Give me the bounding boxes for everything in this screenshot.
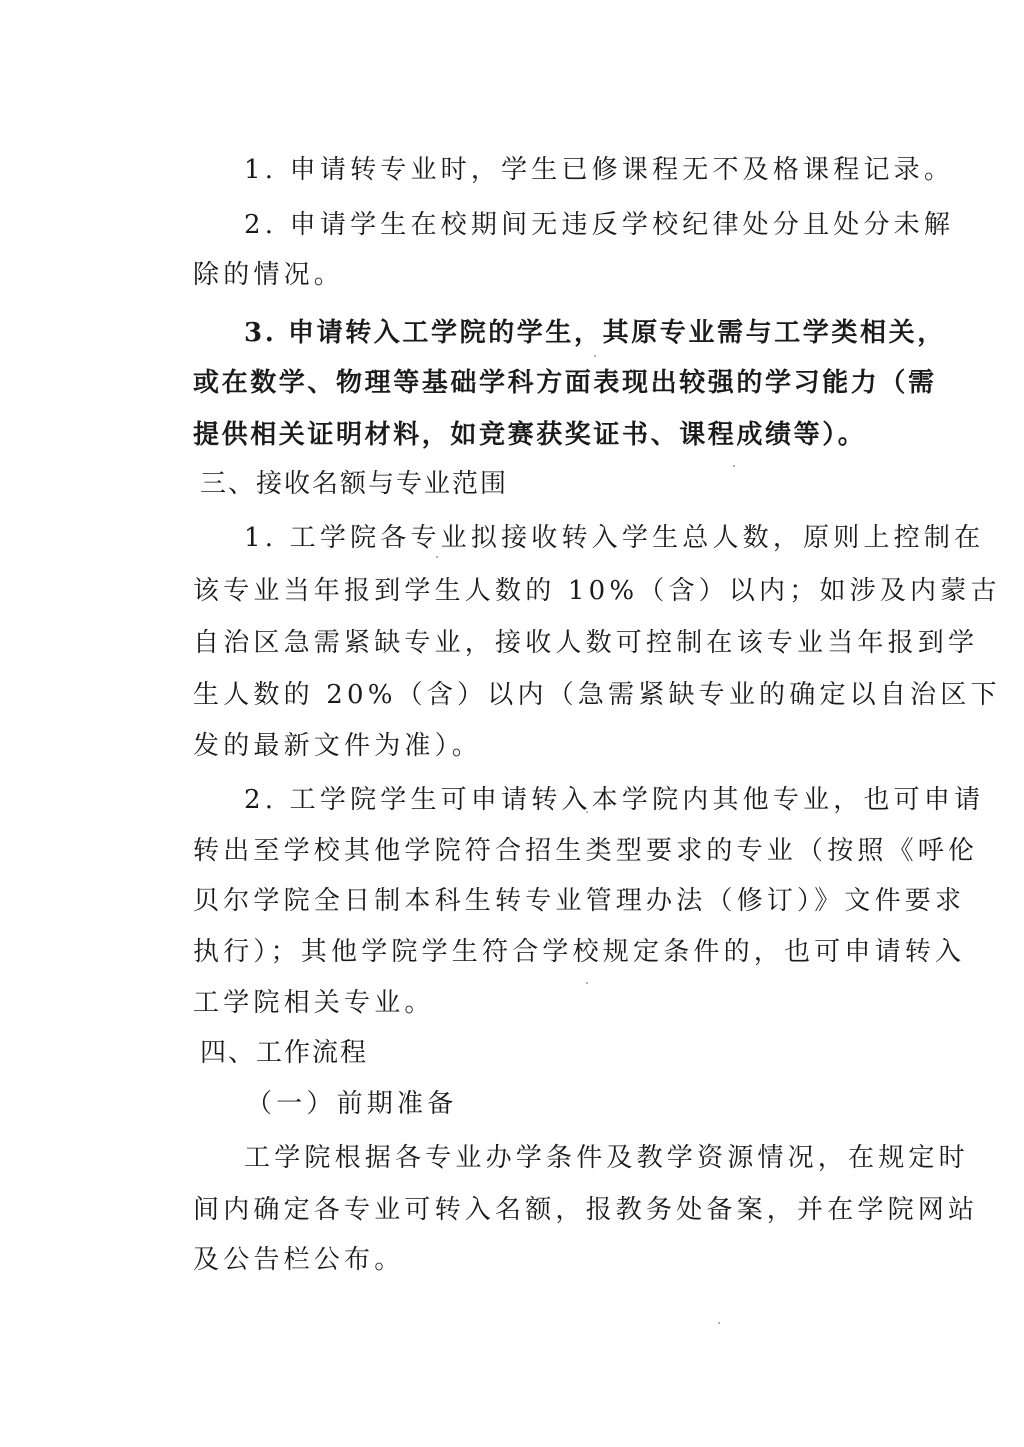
requirement-3-line-1: 3. 申请转入工学院的学生，其原专业需与工学类相关，	[244, 316, 884, 350]
quota-1-line-3: 自治区急需紧缺专业，接收人数可控制在该专业当年报到学	[193, 626, 883, 660]
scan-speck	[718, 1322, 720, 1324]
quota-2-line-3: 贝尔学院全日制本科生转专业管理办法（修订）》文件要求	[193, 884, 883, 918]
quota-2-line-1: 2. 工学院学生可申请转入本学院内其他专业，也可申请	[244, 783, 884, 817]
quota-2-line-2: 转出至学校其他学院符合招生类型要求的专业（按照《呼伦	[193, 834, 883, 868]
quota-1-line-5: 发的最新文件为准）。	[193, 729, 883, 763]
scan-speck	[436, 556, 438, 558]
section-4-body-line-3: 及公告栏公布。	[193, 1243, 883, 1277]
requirement-2-line-1: 2. 申请学生在校期间无违反学校纪律处分且处分未解	[244, 208, 884, 242]
requirement-1-line-1: 1. 申请转专业时，学生已修课程无不及格课程记录。	[244, 153, 884, 187]
quota-2-line-4: 执行）；其他学院学生符合学校规定条件的，也可申请转入	[193, 935, 883, 969]
section-4-body-line-1: 工学院根据各专业办学条件及教学资源情况，在规定时	[244, 1141, 884, 1175]
section-4-subheading: （一）前期准备	[246, 1087, 936, 1121]
requirement-2-line-2: 除的情况。	[193, 258, 883, 292]
quota-1-line-2: 该专业当年报到学生人数的 10%（含）以内；如涉及内蒙古	[193, 574, 883, 608]
section-4-heading: 四、工作流程	[200, 1036, 890, 1070]
requirement-3-line-3: 提供相关证明材料，如竞赛获奖证书、课程成绩等）。	[193, 418, 883, 452]
scan-speck	[586, 811, 588, 813]
quota-1-line-1: 1. 工学院各专业拟接收转入学生总人数，原则上控制在	[244, 521, 884, 555]
scan-speck	[594, 355, 596, 357]
section-3-heading: 三、接收名额与专业范围	[200, 467, 890, 501]
section-4-body-line-2: 间内确定各专业可转入名额，报教务处备案，并在学院网站	[193, 1193, 883, 1227]
quota-2-line-5: 工学院相关专业。	[193, 986, 883, 1020]
scan-speck	[733, 465, 735, 467]
scan-speck	[586, 982, 588, 984]
quota-1-line-4: 生人数的 20%（含）以内（急需紧缺专业的确定以自治区下	[193, 678, 883, 712]
requirement-3-line-2: 或在数学、物理等基础学科方面表现出较强的学习能力（需	[193, 366, 883, 400]
